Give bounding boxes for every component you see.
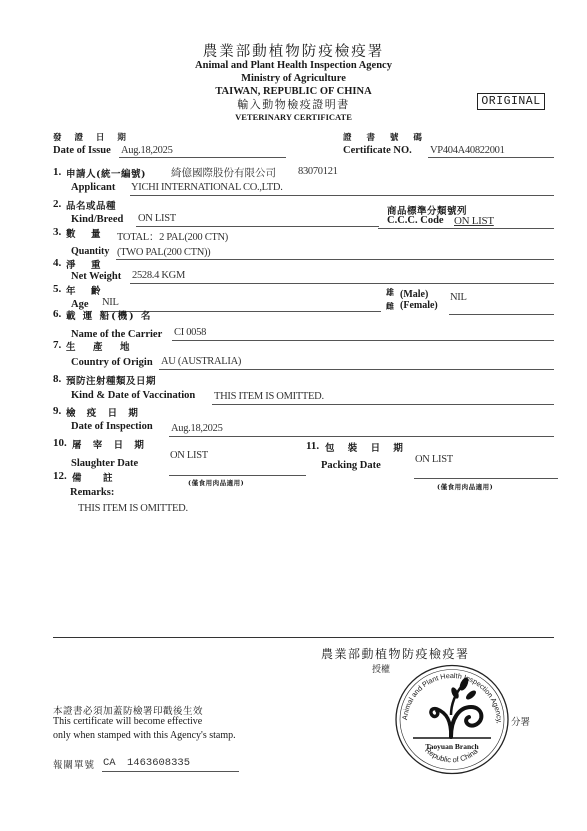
field-11-number: 11. bbox=[306, 440, 319, 452]
original-badge: ORIGINAL bbox=[477, 93, 545, 110]
validity-notice-en-1: This certificate will become effective bbox=[53, 716, 202, 727]
ministry-name: Ministry of Agriculture bbox=[0, 73, 587, 84]
cert-no-label: Certificate NO. bbox=[343, 145, 412, 156]
field-9-number: 9. bbox=[53, 405, 61, 417]
agency-name-en: Animal and Plant Health Inspection Agenc… bbox=[0, 60, 587, 71]
field-10-number: 10. bbox=[53, 437, 67, 449]
branch-label-zh: 分署 bbox=[511, 714, 530, 728]
field-8-number: 8. bbox=[53, 373, 61, 385]
origin-value: AU (AUSTRALIA) bbox=[161, 356, 241, 367]
male-label-zh: 雄 bbox=[386, 287, 395, 298]
remarks-label: Remarks: bbox=[70, 487, 114, 498]
packing-label-zh: 包 裝 日 期 bbox=[325, 440, 408, 454]
issue-date-label-zh: 發 證 日 期 bbox=[53, 131, 131, 143]
quantity-value-line1: TOTAL：2 PAL(200 CTN) bbox=[117, 229, 228, 244]
carrier-value: CI 0058 bbox=[174, 327, 206, 338]
origin-label-zh: 生 產 地 bbox=[66, 339, 134, 353]
field-7-number: 7. bbox=[53, 339, 61, 351]
ccc-label: C.C.C. Code bbox=[387, 215, 444, 226]
net-weight-value: 2528.4 KGM bbox=[132, 270, 185, 281]
male-label: (Male) bbox=[400, 289, 428, 300]
field-3-number: 3. bbox=[53, 226, 61, 238]
age-value: NIL bbox=[102, 297, 119, 308]
field-4-number: 4. bbox=[53, 257, 61, 269]
official-stamp: Animal and Plant Health Inspection Agenc… bbox=[393, 663, 511, 776]
svg-text:Taoyuan Branch: Taoyuan Branch bbox=[425, 742, 479, 751]
applicant-name-zh: 綺億國際股份有限公司 bbox=[171, 165, 276, 180]
age-label-zh: 年 齡 bbox=[66, 283, 104, 297]
cert-no-label-zh: 證 書 號 碼 bbox=[343, 131, 428, 143]
issue-date-value: Aug.18,2025 bbox=[121, 145, 173, 156]
cert-no-value: VP404A40822001 bbox=[430, 145, 505, 156]
svg-text:Animal and Plant Health Inspec: Animal and Plant Health Inspection Agenc… bbox=[393, 663, 504, 724]
net-weight-label: Net Weight bbox=[71, 271, 121, 282]
field-5-number: 5. bbox=[53, 283, 61, 295]
sex-value: NIL bbox=[450, 292, 467, 303]
declaration-label-zh: 報關單號 bbox=[53, 757, 95, 771]
kind-value: ON LIST bbox=[138, 213, 176, 224]
slaughter-label: Slaughter Date bbox=[71, 458, 138, 469]
certificate-title-en: VETERINARY CERTIFICATE bbox=[0, 112, 587, 122]
validity-notice-zh: 本證書必須加蓋防檢署印戳後生效 bbox=[53, 703, 203, 717]
field-2-number: 2. bbox=[53, 198, 61, 210]
applicant-label-zh: 申請人(統一編號) bbox=[66, 166, 146, 180]
inspection-label-zh: 檢 疫 日 期 bbox=[66, 405, 142, 419]
packing-value: ON LIST bbox=[415, 454, 453, 465]
applicant-label: Applicant bbox=[71, 182, 115, 193]
packing-label: Packing Date bbox=[321, 460, 381, 471]
applicant-name-en: YICHI INTERNATIONAL CO.,LTD. bbox=[131, 182, 283, 193]
agency-name-zh: 農業部動植物防疫檢疫署 bbox=[0, 40, 587, 61]
slaughter-note: (僅食用肉品適用) bbox=[188, 478, 244, 487]
slaughter-value: ON LIST bbox=[170, 450, 208, 461]
field-1-number: 1. bbox=[53, 166, 61, 178]
authorized-label-zh: 授權 bbox=[372, 662, 390, 675]
inspection-value: Aug.18,2025 bbox=[171, 423, 223, 434]
declaration-number: 1463608335 bbox=[127, 757, 190, 769]
remarks-value: THIS ITEM IS OMITTED. bbox=[78, 503, 188, 514]
carrier-label-zh: 載 運 船(機) 名 bbox=[66, 308, 152, 322]
declaration-prefix: CA bbox=[103, 757, 116, 769]
footer-divider bbox=[53, 637, 554, 638]
remarks-label-zh: 備 註 bbox=[72, 470, 119, 484]
vaccination-label-zh: 預防注射種類及日期 bbox=[66, 373, 156, 387]
slaughter-label-zh: 屠 宰 日 期 bbox=[72, 437, 148, 451]
vaccination-label: Kind & Date of Vaccination bbox=[71, 390, 195, 401]
female-label-zh: 雌 bbox=[386, 301, 395, 312]
vaccination-value: THIS ITEM IS OMITTED. bbox=[214, 391, 324, 402]
quantity-label: Quantity bbox=[71, 246, 109, 257]
packing-note: (僅食用肉品適用) bbox=[437, 482, 493, 491]
origin-label: Country of Origin bbox=[71, 357, 153, 368]
field-12-number: 12. bbox=[53, 470, 67, 482]
footer-agency-zh: 農業部動植物防疫檢疫署 bbox=[321, 645, 470, 662]
kind-label-zh: 品名或品種 bbox=[66, 198, 116, 212]
kind-label: Kind/Breed bbox=[71, 214, 123, 225]
validity-notice-en-2: only when stamped with this Agency's sta… bbox=[53, 730, 236, 741]
ccc-value: ON LIST bbox=[454, 215, 494, 227]
net-weight-label-zh: 淨 重 bbox=[66, 257, 104, 271]
quantity-label-zh: 數 量 bbox=[66, 226, 104, 240]
field-6-number: 6. bbox=[53, 308, 61, 320]
applicant-tax-id: 83070121 bbox=[298, 166, 338, 177]
quantity-value-line2: (TWO PAL(200 CTN)) bbox=[117, 247, 210, 258]
issue-date-label: Date of Issue bbox=[53, 145, 111, 156]
female-label: (Female) bbox=[400, 300, 438, 311]
inspection-label: Date of Inspection bbox=[71, 421, 153, 432]
